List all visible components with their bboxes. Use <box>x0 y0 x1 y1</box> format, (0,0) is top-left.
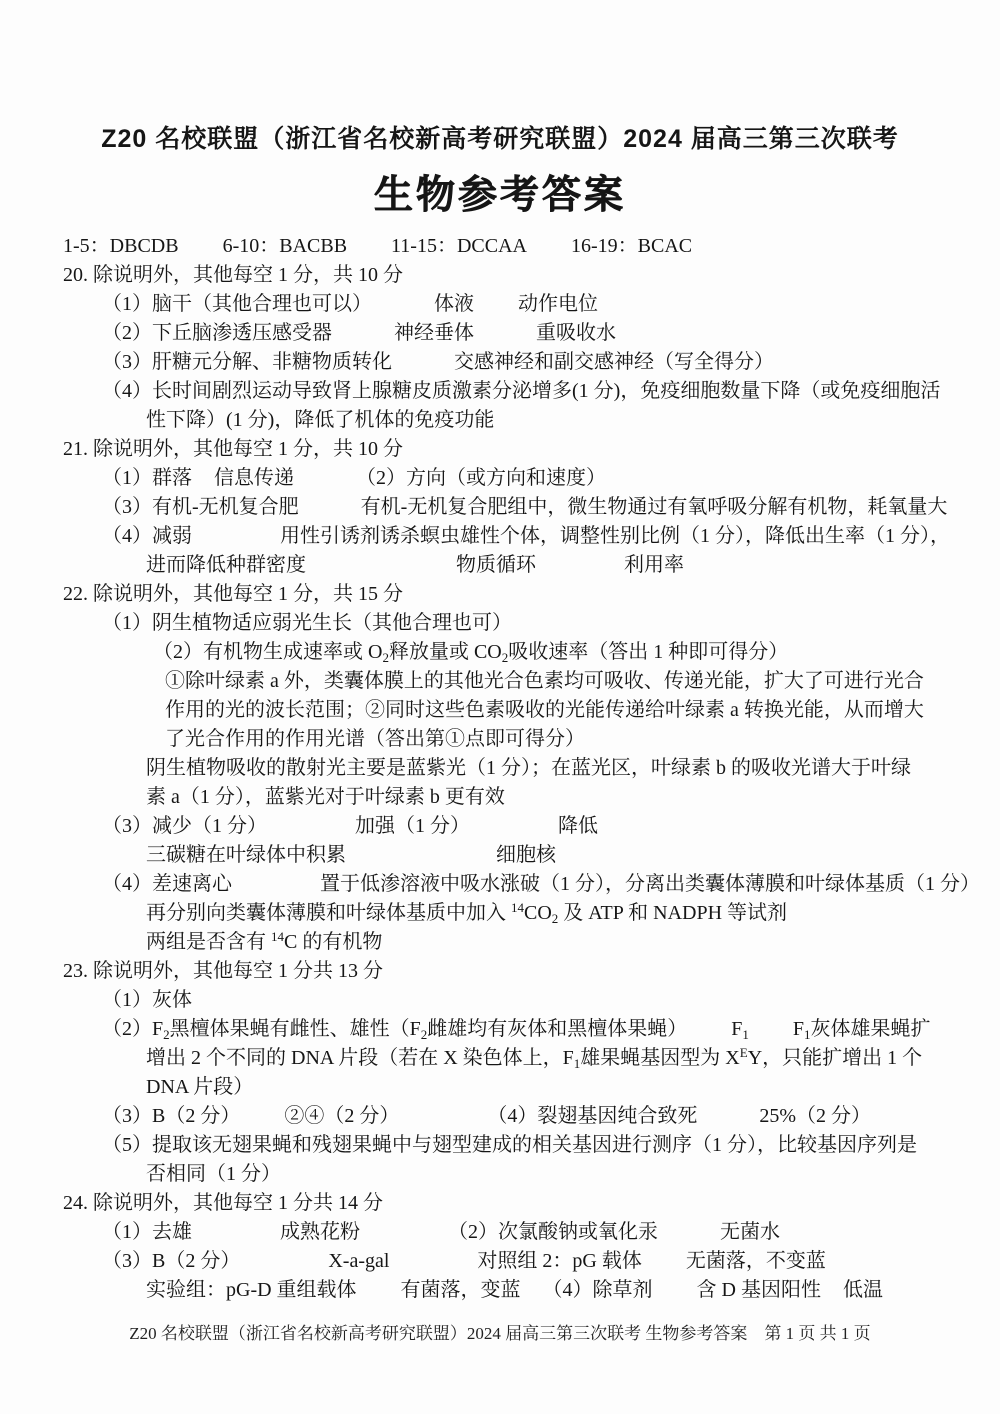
answer-text: 用性引诱剂诱杀螟虫雄性个体，调整性别比例（1 分），降低出生率（1 分）， <box>280 525 950 547</box>
answer-line: DNA 片段） <box>63 1073 943 1102</box>
answer-text: 11-15：DCCAA <box>391 235 527 257</box>
answer-text: （2）方向（或方向和速度） <box>356 467 606 489</box>
answer-line: 增出 2 个不同的 DNA 片段（若在 X 染色体上，F1雄果蝇基因型为 XEY… <box>63 1044 943 1073</box>
blank-gap <box>389 1266 477 1267</box>
answer-sheet-title: 生物参考答案 <box>0 174 1000 218</box>
answer-text: （1）去雄 <box>102 1221 192 1243</box>
answer-line: 20. 除说明外，其他每空 1 分，共 10 分 <box>63 261 943 290</box>
answer-text: 24. 除说明外，其他每空 1 分共 14 分 <box>63 1192 383 1214</box>
answer-text: （5）提取该无翅果蝇和残翅果蝇中与翅型建成的相关基因进行测序（1 分），比较基因… <box>102 1134 917 1156</box>
answer-text: （3）B（2 分） <box>102 1105 240 1127</box>
answer-text: 增出 2 个不同的 DNA 片段（若在 X 染色体上，F <box>146 1047 574 1069</box>
answer-text: （3）肝糖元分解、非糖物质转化 <box>102 351 392 373</box>
answer-text: 体液 <box>434 293 474 315</box>
answer-line: （3）B（2 分）X-a-gal对照组 2：pG 载体无菌落，不变蓝 <box>63 1247 943 1276</box>
blank-gap <box>474 338 536 339</box>
answer-line: 否相同（1 分） <box>63 1160 943 1189</box>
answer-text: F <box>731 1018 742 1040</box>
answer-line: 两组是否含有 14C 的有机物 <box>63 928 943 957</box>
answer-text: 利用率 <box>624 554 684 576</box>
answer-text: （1）灰体 <box>102 989 192 1011</box>
answer-line: （1）阴生植物适应弱光生长（其他合理也可） <box>63 609 943 638</box>
answer-text: 两组是否含有 <box>146 931 271 953</box>
blank-gap <box>179 251 223 252</box>
answer-text: 雌雄均有灰体和黑檀体果蝇） <box>427 1018 687 1040</box>
answer-line: （1）灰体 <box>63 986 943 1015</box>
document-page: Z20 名校联盟（浙江省名校新高考研究联盟）2024 届高三第三次联考 生物参考… <box>0 0 1000 1414</box>
answer-text: （2）有机物生成速率或 O <box>153 641 382 663</box>
answer-text: 23. 除说明外，其他每空 1 分共 13 分 <box>63 960 383 982</box>
answer-text: 阴生植物吸收的散射光主要是蓝紫光（1 分）；在蓝光区，叶绿素 b 的吸收光谱大于… <box>146 757 911 779</box>
answer-text: 重吸收水 <box>536 322 616 344</box>
superscript-text: 14 <box>271 929 284 944</box>
answer-line: （1）脑干（其他合理也可以）体液动作电位 <box>63 290 943 319</box>
answer-text: 黑檀体果蝇有雌性、雄性（F <box>170 1018 421 1040</box>
blank-gap <box>240 1266 328 1267</box>
answer-text: 25%（2 分） <box>759 1105 871 1127</box>
answer-line: 阴生植物吸收的散射光主要是蓝紫光（1 分）；在蓝光区，叶绿素 b 的吸收光谱大于… <box>63 754 943 783</box>
blank-gap <box>232 889 320 890</box>
blank-gap <box>357 1295 401 1296</box>
blank-gap <box>521 1295 543 1296</box>
answer-text: 三碳糖在叶绿体中积累 <box>146 844 346 866</box>
answer-text: 动作电位 <box>518 293 598 315</box>
answer-text: 吸收速率（答出 1 种即可得分） <box>508 641 788 663</box>
blank-gap <box>749 1034 793 1035</box>
answer-text: 成熟花粉 <box>280 1221 360 1243</box>
blank-gap <box>392 367 454 368</box>
answer-text: （4）除草剂 <box>543 1279 653 1301</box>
answer-line: 了光合作用的作用光谱（答出第①点即可得分） <box>63 725 943 754</box>
answer-line: 素 a（1 分），蓝紫光对于叶绿素 b 更有效 <box>63 783 943 812</box>
blank-gap <box>470 831 558 832</box>
answer-line: （4）长时间剧烈运动导致肾上腺糖皮质激素分泌增多(1 分)，免疫细胞数量下降（或… <box>63 377 943 406</box>
answer-line: （3）B（2 分）②④（2 分）（4）裂翅基因纯合致死25%（2 分） <box>63 1102 943 1131</box>
superscript-text: 14 <box>511 900 524 915</box>
answer-line: 23. 除说明外，其他每空 1 分共 13 分 <box>63 957 943 986</box>
superscript-text: E <box>740 1045 748 1060</box>
answer-text: 素 a（1 分），蓝紫光对于叶绿素 b 更有效 <box>146 786 505 808</box>
answer-text: Y，只能扩增出 1 个 <box>748 1047 922 1069</box>
answer-text: （4）差速离心 <box>102 873 232 895</box>
answer-text: 降低 <box>558 815 598 837</box>
answer-text: X-a-gal <box>328 1250 389 1272</box>
blank-gap <box>240 1121 284 1122</box>
answer-text: （2）F <box>102 1018 163 1040</box>
answer-line: 22. 除说明外，其他每空 1 分，共 15 分 <box>63 580 943 609</box>
blank-gap <box>658 1237 720 1238</box>
blank-gap <box>642 1266 686 1267</box>
answer-text: 置于低渗溶液中吸水涨破（1 分），分离出类囊体薄膜和叶绿体基质（1 分） <box>320 873 980 895</box>
answer-text: F <box>793 1018 804 1040</box>
answer-text: 灰体雄果蝇扩 <box>811 1018 931 1040</box>
answer-text: 雄果蝇基因型为 X <box>580 1047 739 1069</box>
answer-text: 无菌落，不变蓝 <box>686 1250 826 1272</box>
answer-text: 细胞核 <box>496 844 556 866</box>
blank-gap <box>192 541 280 542</box>
answer-line: （1）群落信息传递（2）方向（或方向和速度） <box>63 464 943 493</box>
answer-text: ②④（2 分） <box>284 1105 399 1127</box>
answer-text: （1）脑干（其他合理也可以） <box>102 293 372 315</box>
answer-text: 16-19：BCAC <box>571 235 692 257</box>
blank-gap <box>536 570 624 571</box>
answer-line: 21. 除说明外，其他每空 1 分，共 10 分 <box>63 435 943 464</box>
blank-gap <box>527 251 571 252</box>
answer-line: （4）差速离心置于低渗溶液中吸水涨破（1 分），分离出类囊体薄膜和叶绿体基质（1… <box>63 870 943 899</box>
answer-text: （2）下丘脑渗透压感受器 <box>102 322 332 344</box>
answer-text: 20. 除说明外，其他每空 1 分，共 10 分 <box>63 264 403 286</box>
answer-text: 1-5：DBCDB <box>63 235 179 257</box>
answer-line: （3）肝糖元分解、非糖物质转化交感神经和副交感神经（写全得分） <box>63 348 943 377</box>
answer-line: 作用的光的波长范围；②同时这些色素吸收的光能传递给叶绿素 a 转换光能，从而增大 <box>63 696 943 725</box>
blank-gap <box>306 570 456 571</box>
answer-text: （1）阴生植物适应弱光生长（其他合理也可） <box>102 612 512 634</box>
answer-text: 无菌水 <box>720 1221 780 1243</box>
blank-gap <box>372 309 434 310</box>
blank-gap <box>347 251 391 252</box>
answer-text: （1）群落 <box>102 467 192 489</box>
answer-line: （3）有机-无机复合肥有机-无机复合肥组中，微生物通过有氧呼吸分解有机物，耗氧量… <box>63 493 943 522</box>
blank-gap <box>360 1237 448 1238</box>
answer-line: 三碳糖在叶绿体中积累细胞核 <box>63 841 943 870</box>
answer-text: 性下降）(1 分)，降低了机体的免疫功能 <box>146 409 494 431</box>
answer-text: （4）裂翅基因纯合致死 <box>487 1105 697 1127</box>
answer-text: 有机-无机复合肥组中，微生物通过有氧呼吸分解有机物，耗氧量大 <box>361 496 948 518</box>
answer-text: C 的有机物 <box>284 931 382 953</box>
blank-gap <box>267 831 355 832</box>
blank-gap <box>474 309 518 310</box>
answer-text: 6-10：BACBB <box>223 235 347 257</box>
answer-text: （4）长时间剧烈运动导致肾上腺糖皮质激素分泌增多(1 分)，免疫细胞数量下降（或… <box>102 380 940 402</box>
answer-text: CO <box>524 902 552 924</box>
blank-gap <box>192 1237 280 1238</box>
blank-gap <box>294 483 356 484</box>
answer-line: （2）F2黑檀体果蝇有雌性、雄性（F2雌雄均有灰体和黑檀体果蝇）F1F1灰体雄果… <box>63 1015 943 1044</box>
answer-text: 对照组 2：pG 载体 <box>477 1250 641 1272</box>
answer-text: 有菌落，变蓝 <box>401 1279 521 1301</box>
answer-text: 进而降低种群密度 <box>146 554 306 576</box>
page-footer: Z20 名校联盟（浙江省名校新高考研究联盟）2024 届高三第三次联考 生物参考… <box>0 1322 1000 1346</box>
blank-gap <box>821 1295 843 1296</box>
answer-line: （2）有机物生成速率或 O2释放量或 CO2吸收速率（答出 1 种即可得分） <box>63 638 943 667</box>
answer-text: （3）有机-无机复合肥 <box>102 496 299 518</box>
answer-text: 22. 除说明外，其他每空 1 分，共 15 分 <box>63 583 403 605</box>
answer-line: 性下降）(1 分)，降低了机体的免疫功能 <box>63 406 943 435</box>
answer-text: 低温 <box>843 1279 883 1301</box>
answer-text: 及 ATP 和 NADPH 等试剂 <box>558 902 787 924</box>
answer-line: （4）减弱用性引诱剂诱杀螟虫雄性个体，调整性别比例（1 分），降低出生率（1 分… <box>63 522 943 551</box>
answer-text: 信息传递 <box>214 467 294 489</box>
answer-line: ①除叶绿素 a 外，类囊体膜上的其他光合色素均可吸收、传递光能，扩大了可进行光合 <box>63 667 943 696</box>
answer-text: （4）减弱 <box>102 525 192 547</box>
answer-text: ①除叶绿素 a 外，类囊体膜上的其他光合色素均可吸收、传递光能，扩大了可进行光合 <box>165 670 924 692</box>
answer-text: 实验组：pG-D 重组载体 <box>146 1279 357 1301</box>
answer-text: 加强（1 分） <box>355 815 470 837</box>
answer-text: （3）减少（1 分） <box>102 815 267 837</box>
answer-text: （2）次氯酸钠或氧化汞 <box>448 1221 658 1243</box>
answer-line: 再分别向类囊体薄膜和叶绿体基质中加入 14CO2 及 ATP 和 NADPH 等… <box>63 899 943 928</box>
blank-gap <box>299 512 361 513</box>
answer-text: 了光合作用的作用光谱（答出第①点即可得分） <box>165 728 585 750</box>
answer-text: 否相同（1 分） <box>146 1163 281 1185</box>
answer-lines: 1-5：DBCDB6-10：BACBB11-15：DCCAA16-19：BCAC… <box>63 232 943 1305</box>
answer-text: 作用的光的波长范围；②同时这些色素吸收的光能传递给叶绿素 a 转换光能，从而增大 <box>165 699 924 721</box>
answer-line: （3）减少（1 分）加强（1 分）降低 <box>63 812 943 841</box>
answer-text: 神经垂体 <box>394 322 474 344</box>
exam-header-title: Z20 名校联盟（浙江省名校新高考研究联盟）2024 届高三第三次联考 <box>0 124 1000 154</box>
answer-line: （5）提取该无翅果蝇和残翅果蝇中与翅型建成的相关基因进行测序（1 分），比较基因… <box>63 1131 943 1160</box>
blank-gap <box>653 1295 697 1296</box>
blank-gap <box>332 338 394 339</box>
answer-line: （2）下丘脑渗透压感受器神经垂体重吸收水 <box>63 319 943 348</box>
blank-gap <box>697 1121 759 1122</box>
answer-line: （1）去雄成熟花粉（2）次氯酸钠或氧化汞无菌水 <box>63 1218 943 1247</box>
blank-gap <box>687 1034 731 1035</box>
answer-text: 物质循环 <box>456 554 536 576</box>
answer-text: 21. 除说明外，其他每空 1 分，共 10 分 <box>63 438 403 460</box>
answer-text: （3）B（2 分） <box>102 1250 240 1272</box>
blank-gap <box>346 860 496 861</box>
answer-text: 再分别向类囊体薄膜和叶绿体基质中加入 <box>146 902 511 924</box>
blank-gap <box>192 483 214 484</box>
answer-line: 进而降低种群密度物质循环利用率 <box>63 551 943 580</box>
answer-line: 24. 除说明外，其他每空 1 分共 14 分 <box>63 1189 943 1218</box>
answer-line: 1-5：DBCDB6-10：BACBB11-15：DCCAA16-19：BCAC <box>63 232 943 261</box>
answer-text: 交感神经和副交感神经（写全得分） <box>454 351 774 373</box>
answer-text: DNA 片段） <box>146 1076 253 1098</box>
answer-text: 含 D 基因阳性 <box>697 1279 821 1301</box>
answer-text: 释放量或 CO <box>389 641 502 663</box>
answer-line: 实验组：pG-D 重组载体有菌落，变蓝（4）除草剂含 D 基因阳性低温 <box>63 1276 943 1305</box>
blank-gap <box>399 1121 487 1122</box>
